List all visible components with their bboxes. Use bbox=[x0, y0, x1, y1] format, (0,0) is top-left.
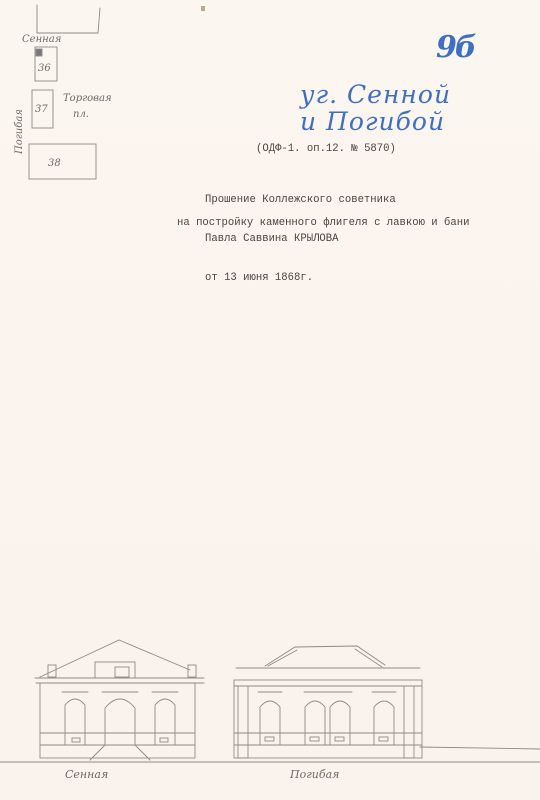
paper-mark bbox=[201, 6, 205, 11]
site-plan: Сенная 36 37 38 Торговая пл. Погибая bbox=[14, 5, 112, 179]
facade-sennaya: Сенная bbox=[35, 640, 204, 781]
pencil-drawings: Сенная 36 37 38 Торговая пл. Погибая bbox=[0, 0, 540, 800]
facade-caption-sennaya: Сенная bbox=[65, 768, 108, 781]
lot-38-label: 38 bbox=[48, 158, 61, 169]
facade-pogibaya: Погибая bbox=[234, 646, 422, 781]
street-note-line1: уг. Сенной bbox=[300, 80, 451, 109]
street-label-top: Сенная bbox=[22, 34, 61, 45]
petition-line: Прошение Коллежского советника bbox=[205, 194, 396, 207]
facade-caption-pogibaya: Погибая bbox=[289, 768, 339, 781]
square-label-abbr: пл. bbox=[73, 109, 89, 120]
petition-line: от 13 июня 1868г. bbox=[205, 272, 396, 285]
lot-36-label: 36 bbox=[38, 63, 51, 74]
street-label-side: Погибая bbox=[14, 109, 25, 155]
street-note-line2: и Погибой bbox=[300, 107, 445, 136]
document-page: Сенная 36 37 38 Торговая пл. Погибая bbox=[0, 0, 540, 800]
folio-number: 9б bbox=[436, 30, 475, 65]
archive-reference: (ОДФ-1. оп.12. № 5870) bbox=[256, 143, 396, 156]
lot-37-label: 37 bbox=[35, 104, 48, 115]
square-label: Торговая bbox=[63, 93, 112, 104]
petition-line: Павла Саввина КРЫЛОВА bbox=[205, 233, 396, 246]
subject-line: на постройку каменного флигеля с лавкою … bbox=[177, 217, 469, 230]
petition-block: Прошение Коллежского советника Павла Сав… bbox=[205, 168, 396, 311]
